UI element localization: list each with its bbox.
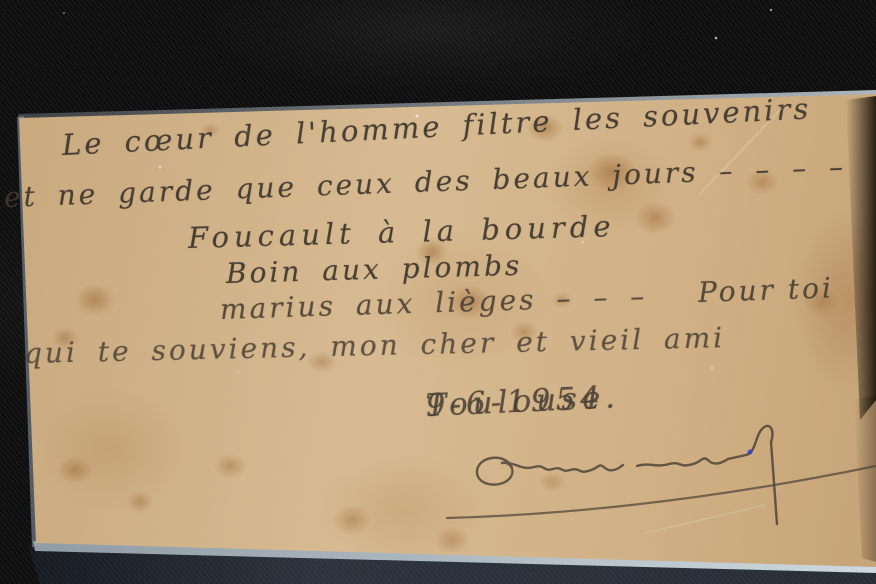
photo-of-handwritten-note: Le cœur de l'homme filtre les souvenirs …: [0, 0, 876, 584]
handwritten-aside-pour-toi: Pour toi: [697, 271, 834, 309]
